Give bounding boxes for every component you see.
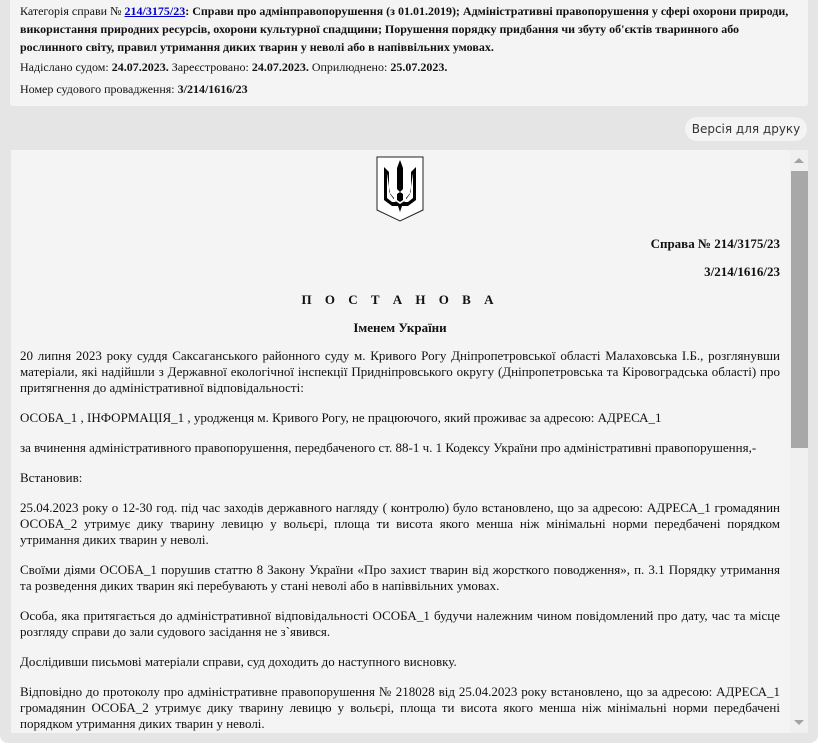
scroll-down-arrow-icon[interactable] bbox=[794, 720, 804, 725]
category-label: Категорія справи № bbox=[20, 4, 125, 18]
sent-date: 24.07.2023. bbox=[112, 60, 169, 74]
scrollbar-thumb[interactable] bbox=[791, 171, 808, 448]
document-body: Справа № 214/3175/23 3/214/1616/23 П О С… bbox=[20, 156, 780, 732]
document-proceeding-number: 3/214/1616/23 bbox=[20, 264, 780, 280]
document-viewer: Справа № 214/3175/23 3/214/1616/23 П О С… bbox=[11, 150, 808, 733]
document-subtitle: Іменем України bbox=[20, 320, 780, 336]
case-category: Категорія справи № 214/3175/23: Справи п… bbox=[20, 2, 800, 56]
published-label: Оприлюднено: bbox=[309, 60, 390, 74]
scroll-up-arrow-icon[interactable] bbox=[794, 158, 804, 163]
proceeding-label: Номер судового провадження: bbox=[20, 82, 178, 96]
document-paragraph: Встановив: bbox=[20, 470, 780, 486]
document-paragraph: Дослідивши письмові матеріали справи, су… bbox=[20, 654, 780, 670]
document-case-number: Справа № 214/3175/23 bbox=[20, 236, 780, 252]
case-dates: Надіслано судом: 24.07.2023. Зареєстрова… bbox=[20, 58, 800, 76]
document-paragraph: Відповідно до протоколу про адміністрати… bbox=[20, 684, 780, 732]
document-paragraph: ОСОБА_1 , ІНФОРМАЦІЯ_1 , уродженця м. Кр… bbox=[20, 410, 780, 426]
published-date: 25.07.2023. bbox=[390, 60, 447, 74]
document-paragraph: за вчинення адміністративного правопоруш… bbox=[20, 440, 780, 456]
registered-label: Зареєстровано: bbox=[169, 60, 252, 74]
case-metadata-panel: Категорія справи № 214/3175/23: Справи п… bbox=[10, 0, 808, 106]
sent-label: Надіслано судом: bbox=[20, 60, 112, 74]
registered-date: 24.07.2023. bbox=[252, 60, 309, 74]
page-container: Категорія справи № 214/3175/23: Справи п… bbox=[0, 0, 818, 743]
trident-coat-of-arms-icon bbox=[376, 156, 424, 222]
document-scrollbar[interactable] bbox=[790, 150, 808, 733]
proceeding-number: Номер судового провадження: 3/214/1616/2… bbox=[20, 80, 800, 98]
document-paragraph: Особа, яка притягається до адміністратив… bbox=[20, 608, 780, 640]
print-version-button[interactable]: Версія для друку bbox=[685, 117, 807, 141]
document-title: П О С Т А Н О В А bbox=[20, 292, 780, 308]
proceeding-value: 3/214/1616/23 bbox=[178, 82, 248, 96]
case-number-link[interactable]: 214/3175/23 bbox=[125, 4, 186, 18]
document-paragraph: 25.04.2023 року о 12-30 год. під час зах… bbox=[20, 500, 780, 548]
document-paragraph: Своїми діями ОСОБА_1 порушив статтю 8 За… bbox=[20, 562, 780, 594]
document-paragraph: 20 липня 2023 року суддя Саксаганського … bbox=[20, 348, 780, 396]
